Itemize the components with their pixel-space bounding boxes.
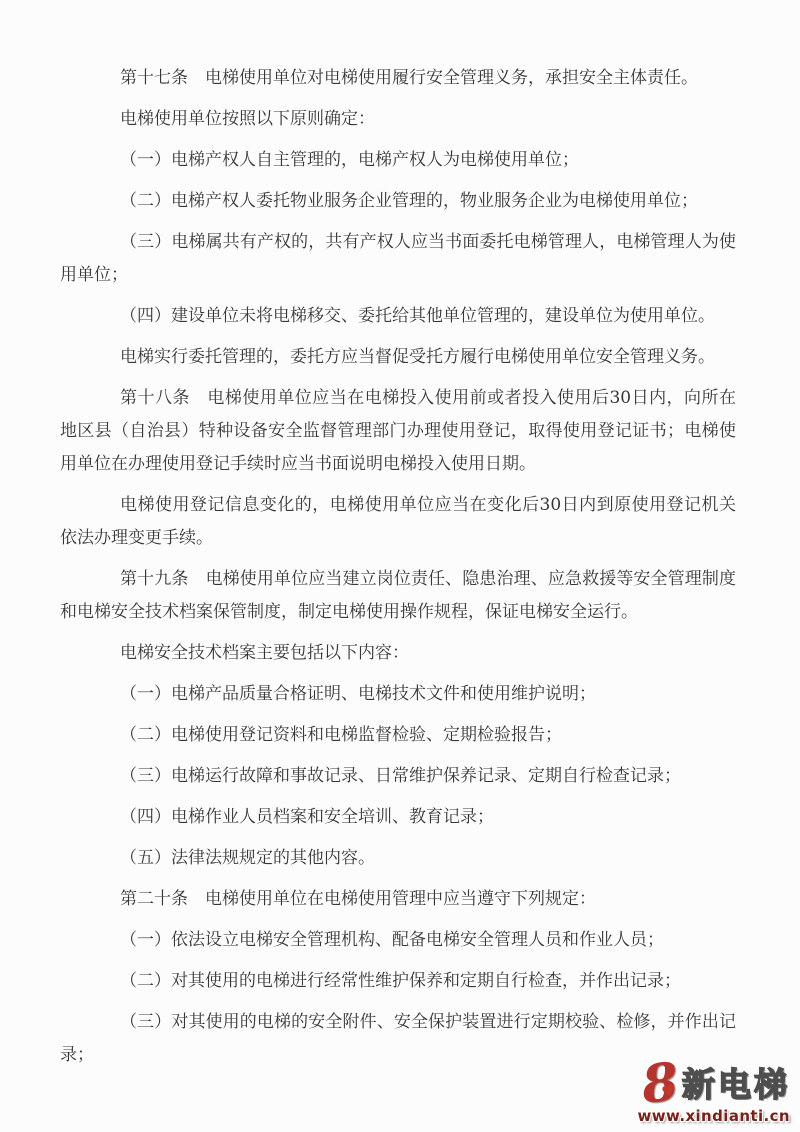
document-page: 第十七条 电梯使用单位对电梯使用履行安全管理义务，承担安全主体责任。电梯使用单位… xyxy=(0,0,800,1132)
paragraph: （一）电梯产品质量合格证明、电梯技术文件和使用维护说明； xyxy=(60,678,736,711)
watermark-brand-row: 8 ♥ 新电梯 xyxy=(638,1062,790,1106)
paragraph: 电梯安全技术档案主要包括以下内容： xyxy=(60,637,736,670)
paragraph: 电梯使用单位按照以下原则确定： xyxy=(60,103,736,136)
paragraph: （一）电梯产权人自主管理的，电梯产权人为电梯使用单位； xyxy=(60,144,736,177)
paragraph: 第二十条 电梯使用单位在电梯使用管理中应当遵守下列规定： xyxy=(60,883,736,916)
paragraph: 第十七条 电梯使用单位对电梯使用履行安全管理义务，承担安全主体责任。 xyxy=(60,62,736,95)
xindianti-logo-icon: 8 ♥ xyxy=(640,1061,681,1109)
paragraph: （四）建设单位未将电梯移交、委托给其他单位管理的，建设单位为使用单位。 xyxy=(60,300,736,333)
watermark-brand-text: 新电梯 xyxy=(682,1068,790,1101)
paragraph: （三）对其使用的电梯的安全附件、安全保护装置进行定期校验、检修，并作出记录； xyxy=(60,1006,736,1072)
paragraph: 电梯使用登记信息变化的，电梯使用单位应当在变化后30日内到原使用登记机关依法办理… xyxy=(60,489,736,555)
paragraph: （二）对其使用的电梯进行经常性维护保养和定期自行检查，并作出记录； xyxy=(60,965,736,998)
paragraph: （三）电梯属共有产权的，共有产权人应当书面委托电梯管理人，电梯管理人为使用单位； xyxy=(60,226,736,292)
paragraph: 第十八条 电梯使用单位应当在电梯投入使用前或者投入使用后30日内，向所在地区县（… xyxy=(60,382,736,481)
paragraph: （一）依法设立电梯安全管理机构、配备电梯安全管理人员和作业人员； xyxy=(60,924,736,957)
paragraph: （三）电梯运行故障和事故记录、日常维护保养记录、定期自行检查记录； xyxy=(60,760,736,793)
xindianti-watermark: 8 ♥ 新电梯 www.xindianti.cn xyxy=(638,1062,790,1124)
paragraph: 第十九条 电梯使用单位应当建立岗位责任、隐患治理、应急救援等安全管理制度和电梯安… xyxy=(60,563,736,629)
paragraph: （二）电梯产权人委托物业服务企业管理的，物业服务企业为电梯使用单位； xyxy=(60,185,736,218)
paragraph: （四）电梯作业人员档案和安全培训、教育记录； xyxy=(60,801,736,834)
paragraph: （二）电梯使用登记资料和电梯监督检验、定期检验报告； xyxy=(60,719,736,752)
document-body: 第十七条 电梯使用单位对电梯使用履行安全管理义务，承担安全主体责任。电梯使用单位… xyxy=(60,62,736,1080)
paragraph: （五）法律法规规定的其他内容。 xyxy=(60,842,736,875)
paragraph: 电梯实行委托管理的，委托方应当督促受托方履行电梯使用单位安全管理义务。 xyxy=(60,341,736,374)
